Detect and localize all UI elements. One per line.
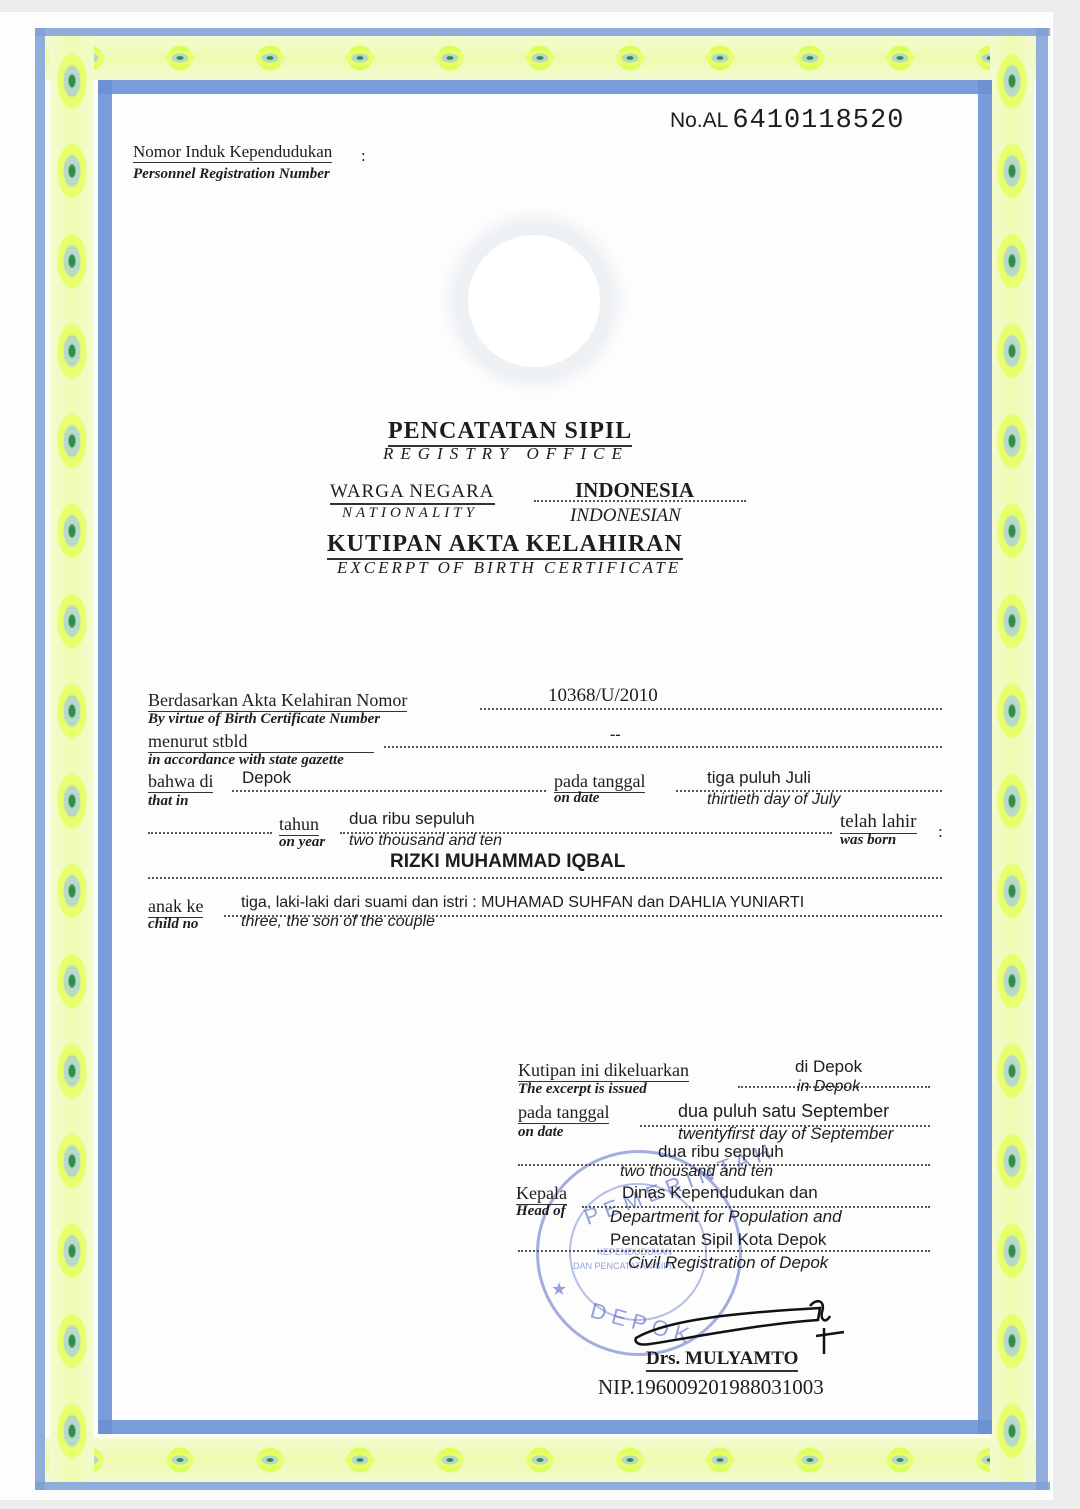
- document-title-en: EXCERPT OF BIRTH CERTIFICATE: [337, 558, 681, 578]
- gazette-label: menurut stbld: [148, 731, 374, 753]
- border-inner-bottom: [98, 1420, 992, 1434]
- child-name: RIZKI MUHAMMAD IQBAL: [390, 851, 625, 873]
- child-no-label: anak ke: [148, 896, 203, 918]
- child-name-dots: [148, 877, 942, 879]
- border-chain-top: [45, 36, 1036, 80]
- issued-date-label-en: on date: [518, 1124, 563, 1141]
- serial-value: 6410118520: [732, 106, 904, 136]
- born-colon: :: [938, 822, 943, 842]
- issued-place-en: in Depok: [797, 1078, 860, 1096]
- nik-label-en: Personnel Registration Number: [133, 166, 330, 183]
- border-outer-top: [35, 28, 1050, 36]
- date-value-en: thirtieth day of July: [707, 791, 840, 809]
- cert-number-label: Berdasarkan Akta Kelahiran Nomor: [148, 690, 407, 712]
- place-label-en: that in: [148, 793, 188, 810]
- place-value: Depok: [242, 768, 291, 788]
- nationality-label: WARGA NEGARA: [330, 481, 495, 505]
- official-name: Drs. MULYAMTO: [646, 1348, 798, 1372]
- nationality-value: INDONESIA: [575, 478, 694, 503]
- year-leading-dots: [148, 832, 272, 834]
- department-line-1: Dinas Kependudukan dan: [622, 1183, 818, 1203]
- year-value: dua ribu sepuluh: [349, 809, 475, 829]
- issued-place: di Depok: [795, 1057, 862, 1077]
- stamp-star-icon: ★: [551, 1279, 567, 1300]
- child-no-value: tiga, laki-laki dari suami dan istri : M…: [241, 894, 804, 912]
- issued-year: dua ribu sepuluh: [658, 1142, 784, 1162]
- serial-prefix: No.AL: [670, 109, 728, 132]
- place-dots: [232, 790, 546, 792]
- gazette-label-en: in accordance with state gazette: [148, 752, 344, 769]
- office-title-en: REGISTRY OFFICE: [383, 444, 629, 464]
- head-label: Kepala: [516, 1183, 567, 1205]
- cert-number-value: 10368/U/2010: [548, 685, 658, 707]
- border-inner-top: [98, 80, 992, 94]
- gazette-value: --: [610, 726, 621, 744]
- cert-number-label-en: By virtue of Birth Certificate Number: [148, 711, 380, 728]
- nik-colon: :: [361, 146, 366, 166]
- serial-number: No.AL 6410118520: [670, 106, 904, 136]
- issued-date: dua puluh satu September: [678, 1101, 889, 1122]
- border-outer-bottom: [35, 1482, 1050, 1490]
- document-title: KUTIPAN AKTA KELAHIRAN: [327, 531, 683, 560]
- official-nip: NIP.196009201988031003: [598, 1375, 824, 1400]
- department-line-2-en: Civil Registration of Depok: [628, 1253, 828, 1273]
- border-inner-right: [978, 80, 992, 1434]
- issued-label: Kutipan ini dikeluarkan: [518, 1060, 689, 1082]
- border-outer-left: [35, 28, 45, 1490]
- child-no-value-en: three, the son of the couple: [241, 913, 435, 931]
- nationality-label-en: NATIONALITY: [342, 505, 478, 522]
- border-chain-left: [50, 36, 94, 1482]
- place-label: bahwa di: [148, 771, 213, 793]
- date-label-en: on date: [554, 790, 599, 807]
- photo-hole: [468, 235, 600, 367]
- department-dots-2: [518, 1250, 930, 1252]
- border-inner-left: [98, 80, 112, 1434]
- year-label: tahun: [279, 814, 319, 836]
- department-line-1-en: Department for Population and: [610, 1207, 842, 1227]
- gazette-dots: [384, 746, 942, 748]
- head-label-en: Head of: [516, 1203, 566, 1220]
- born-label: telah lahir: [840, 811, 917, 834]
- year-value-en: two thousand and ten: [349, 832, 502, 850]
- office-title: PENCATATAN SIPIL: [388, 418, 632, 447]
- border-outer-right: [1036, 28, 1048, 1490]
- cert-number-dots: [480, 708, 942, 710]
- year-label-en: on year: [279, 834, 325, 851]
- nationality-value-en: INDONESIAN: [570, 505, 681, 527]
- born-label-en: was born: [840, 832, 896, 849]
- child-no-label-en: child no: [148, 916, 198, 933]
- date-value: tiga puluh Juli: [707, 768, 811, 788]
- issued-label-en: The excerpt is issued: [518, 1081, 647, 1098]
- issued-date-label: pada tanggal: [518, 1102, 609, 1124]
- issued-date-en: twentyfirst day of September: [678, 1124, 893, 1144]
- border-chain-bottom: [45, 1438, 1036, 1482]
- department-line-2: Pencatatan Sipil Kota Depok: [610, 1230, 826, 1250]
- border-chain-right: [990, 36, 1034, 1482]
- issued-year-en: two thousand and ten: [620, 1163, 773, 1181]
- nik-label: Nomor Induk Kependudukan: [133, 142, 332, 163]
